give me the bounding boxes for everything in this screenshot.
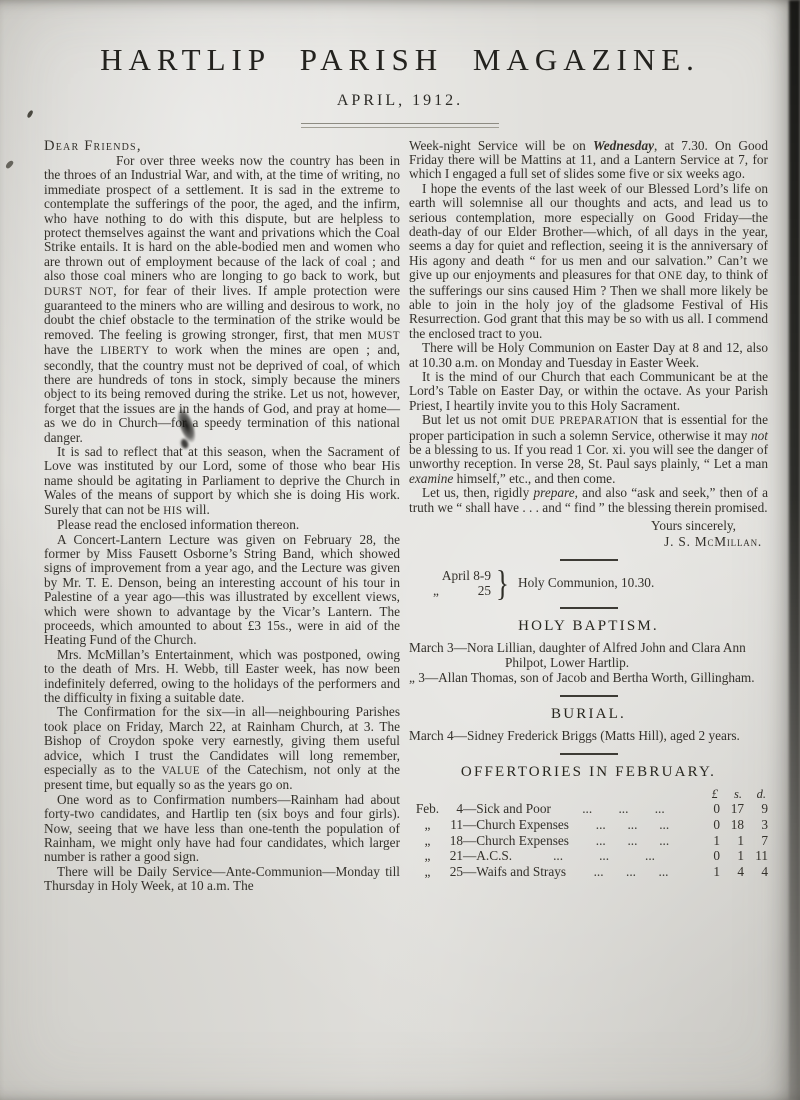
offertory-item: A.C.S.	[476, 848, 512, 864]
offertory-pounds: 0	[696, 817, 720, 833]
paragraph: But let us not omit DUE PREPARATION that…	[409, 413, 768, 486]
offertory-date-day: 21	[446, 848, 463, 864]
register-entries: March 3—Nora Lillian, daughter of Alfred…	[409, 641, 768, 685]
offertory-pence: 3	[744, 817, 768, 833]
offertory-row: „21—A.C.S..........0111	[409, 848, 768, 864]
currency-header-cell: s.	[718, 787, 742, 801]
register-entry: „ 3—Allan Thomas, son of Jacob and Berth…	[409, 671, 768, 686]
dots: ...	[655, 801, 665, 817]
currency-header-cell: £	[694, 787, 718, 801]
offertory-pounds: 0	[696, 848, 720, 864]
section-rule	[560, 753, 618, 755]
offertory-dash: —	[463, 801, 476, 817]
italic-text: not	[751, 428, 768, 443]
paragraph: I hope the events of the last week of ou…	[409, 182, 768, 341]
offertory-dash: —	[463, 833, 476, 849]
paragraph: The Confirmation for the six—in all—neig…	[44, 705, 400, 792]
section-heading: OFFERTORIES IN FEBRUARY.	[409, 765, 768, 779]
offertory-date-month: Feb.	[409, 801, 446, 817]
communion-schedule: April 8-9„25}Holy Communion, 10.30.	[425, 569, 768, 598]
schedule-dates: April 8-9„25	[425, 569, 491, 598]
small-caps-text: LIBERTY	[100, 345, 149, 357]
dots: ...	[618, 801, 628, 817]
offertory-shillings: 1	[720, 833, 744, 849]
paragraph: One word as to Confirmation numbers—Rain…	[44, 793, 400, 865]
dots: ...	[594, 864, 604, 880]
dots: ...	[626, 864, 636, 880]
register-entries: March 4—Sidney Frederick Briggs (Matts H…	[409, 729, 768, 744]
ditto-mark: „	[433, 584, 439, 598]
small-caps-text: DURST NOT	[44, 286, 113, 298]
brace-glyph: }	[496, 574, 509, 593]
dots: ...	[627, 833, 637, 849]
offertory-item: Church Expenses	[476, 817, 569, 833]
small-caps-text: MUST	[367, 330, 400, 342]
dots: ...	[645, 848, 655, 864]
small-caps-text: DUE PREPARATION	[531, 415, 639, 427]
offertory-shillings: 18	[720, 817, 744, 833]
offertory-shillings: 17	[720, 801, 744, 817]
dot-leaders: .........	[569, 833, 696, 849]
right-column: Week-night Service will be on Wednesday,…	[409, 139, 768, 894]
offertory-pounds: 0	[696, 801, 720, 817]
paragraph: There will be Daily Service—Ante-Communi…	[44, 865, 400, 894]
small-caps-text: ONE	[658, 270, 682, 282]
section-rule	[560, 695, 618, 697]
bold-italic-text: Wednesday	[593, 138, 654, 153]
offertory-date-day: 11	[446, 817, 463, 833]
offertory-pence: 11	[744, 848, 768, 864]
paragraph: For over three weeks now the country has…	[44, 154, 400, 445]
section-heading: HOLY BAPTISM.	[409, 619, 768, 633]
offertory-shillings: 1	[720, 848, 744, 864]
currency-header-cell: d.	[742, 787, 766, 801]
offertory-row: „25—Waifs and Strays.........144	[409, 864, 768, 880]
dots: ...	[599, 848, 609, 864]
offertory-date-day: 4	[446, 801, 463, 817]
magazine-title: HARTLIP PARISH MAGAZINE.	[0, 44, 800, 77]
offertory-row: „18—Church Expenses.........117	[409, 833, 768, 849]
section-heading: BURIAL.	[409, 707, 768, 721]
masthead: HARTLIP PARISH MAGAZINE. APRIL, 1912.	[0, 0, 800, 128]
dots: ...	[582, 801, 592, 817]
offertory-pence: 9	[744, 801, 768, 817]
schedule-text: Holy Communion, 10.30.	[518, 576, 654, 590]
dot-leaders: .........	[512, 848, 696, 864]
offertory-item: Church Expenses	[476, 833, 569, 849]
dots: ...	[627, 817, 637, 833]
paragraph: There will be Holy Communion on Easter D…	[409, 341, 768, 370]
section-rule	[560, 607, 618, 609]
dot-leaders: .........	[566, 864, 696, 880]
schedule-date-line: April 8-9	[425, 569, 491, 583]
paragraph: It is sad to reflect that at this season…	[44, 445, 400, 518]
paragraph: Mrs. McMillan’s Entertainment, which was…	[44, 648, 400, 706]
register-entry: March 4—Sidney Frederick Briggs (Matts H…	[409, 729, 768, 744]
offertory-date-month: „	[409, 848, 446, 864]
dots: ...	[596, 833, 606, 849]
two-column-body: Dear Friends,For over three weeks now th…	[0, 128, 800, 894]
offertory-pounds: 1	[696, 864, 720, 880]
offertory-pounds: 1	[696, 833, 720, 849]
offertory-pence: 7	[744, 833, 768, 849]
issue-date: APRIL, 1912.	[0, 92, 800, 110]
dot-leaders: .........	[551, 801, 696, 817]
salutation: Dear Friends,	[44, 139, 400, 153]
offertory-row: „11—Church Expenses.........0183	[409, 817, 768, 833]
paragraph: Week-night Service will be on Wednesday,…	[409, 139, 768, 182]
offertory-shillings: 4	[720, 864, 744, 880]
register-entry: March 3—Nora Lillian, daughter of Alfred…	[409, 641, 768, 671]
offertory-date-month: „	[409, 864, 446, 880]
left-column: Dear Friends,For over three weeks now th…	[44, 139, 400, 894]
small-caps-text: HIS	[163, 505, 182, 517]
offertory-date-month: „	[409, 833, 446, 849]
offertory-item: Waifs and Strays	[476, 864, 566, 880]
signature: J. S. McMillan.	[409, 534, 768, 550]
valediction: Yours sincerely,	[409, 518, 768, 534]
offertory-table: £s.d.Feb.4—Sick and Poor.........0179„11…	[409, 787, 768, 879]
dots: ...	[659, 817, 669, 833]
section-rule	[560, 559, 618, 561]
paragraph: Please read the enclosed information the…	[44, 518, 400, 532]
magazine-page: HARTLIP PARISH MAGAZINE. APRIL, 1912. De…	[0, 0, 800, 1100]
offertory-dash: —	[463, 848, 476, 864]
dot-leaders: .........	[569, 817, 696, 833]
italic-text: examine	[409, 471, 453, 486]
dots: ...	[659, 833, 669, 849]
schedule-date-value: 25	[478, 584, 491, 598]
dots: ...	[596, 817, 606, 833]
paragraph: It is the mind of our Church that each C…	[409, 370, 768, 413]
paragraph: A Concert-Lantern Lecture was given on F…	[44, 533, 400, 648]
offertory-dash: —	[463, 864, 476, 880]
offertory-item: Sick and Poor	[476, 801, 551, 817]
italic-text: prepare	[533, 485, 574, 500]
dots: ...	[553, 848, 563, 864]
offertory-date-day: 25	[446, 864, 463, 880]
offertory-date-day: 18	[446, 833, 463, 849]
schedule-date-line: „25	[425, 584, 491, 598]
small-caps-text: VALUE	[162, 765, 200, 777]
dots: ...	[659, 864, 669, 880]
paragraph: Let us, then, rigidly prepare, and also …	[409, 486, 768, 515]
offertory-row: Feb.4—Sick and Poor.........0179	[409, 801, 768, 817]
offertory-pence: 4	[744, 864, 768, 880]
offertory-dash: —	[463, 817, 476, 833]
offertory-date-month: „	[409, 817, 446, 833]
offertory-currency-header: £s.d.	[409, 787, 768, 801]
